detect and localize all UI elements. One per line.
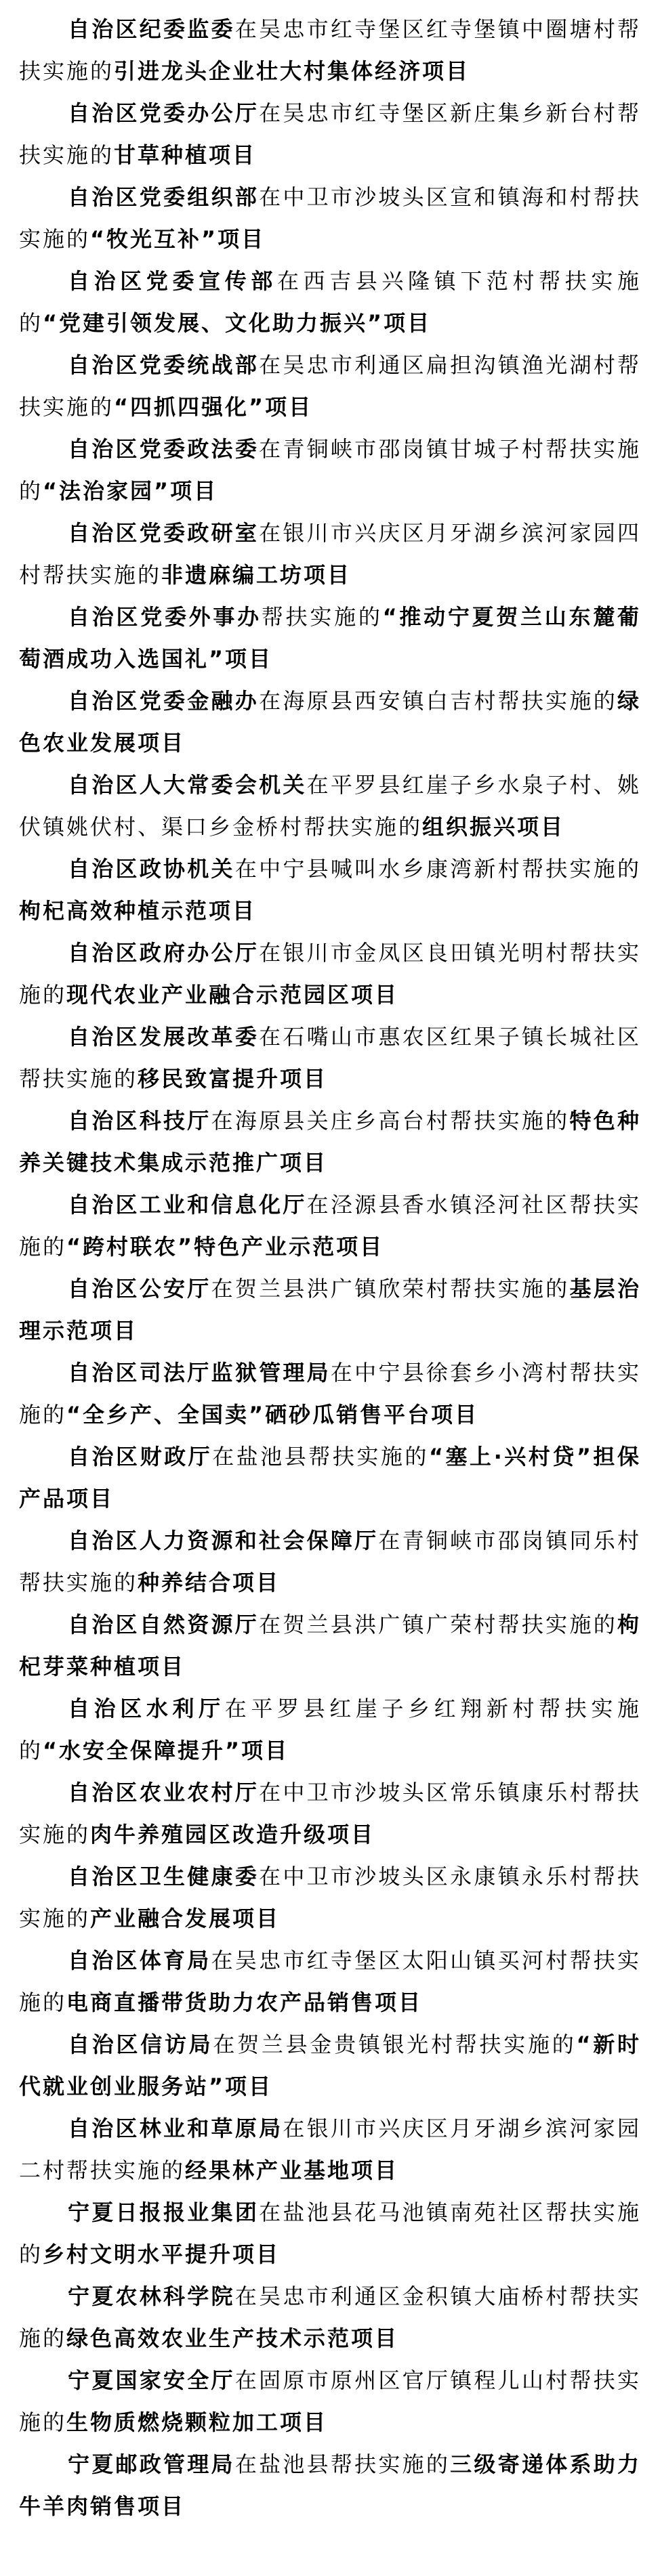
project-paragraph-4: 自治区党委宣传部在西吉县兴隆镇下范村帮扶实施的“党建引领发展、文化助力振兴”项目: [19, 260, 641, 344]
project-name: 经果林产业基地项目: [185, 2158, 398, 2183]
project-name: 产业融合发展项目: [90, 1906, 280, 1931]
project-paragraph-26: 自治区林业和草原局在银川市兴庆区月牙湖乡滨河家园二村帮扶实施的经果林产业基地项目: [19, 2107, 641, 2191]
department-name: 自治区自然资源厅: [68, 1612, 259, 1637]
location-text: 在海原县关庄乡高台村帮扶实施的: [211, 1108, 570, 1134]
department-name: 自治区党委组织部: [68, 184, 259, 210]
location-text: 在盐池县帮扶实施的: [212, 1444, 429, 1469]
department-name: 宁夏国家安全厅: [68, 2367, 235, 2393]
department-name: 自治区党委统战部: [68, 352, 259, 378]
project-name: 组织振兴项目: [422, 814, 564, 840]
project-name: “全乡产、全国卖”硒砂瓜销售平台项目: [66, 1402, 478, 1427]
project-name: “法治家园”项目: [43, 478, 218, 504]
project-paragraph-30: 宁夏邮政管理局在盐池县帮扶实施的三级寄递体系助力牛羊肉销售项目: [19, 2443, 641, 2527]
project-paragraph-10: 自治区人大常委会机关在平罗县红崖子乡水泉子村、姚伏镇姚伏村、渠口乡金桥村帮扶实施…: [19, 764, 641, 848]
project-paragraph-11: 自治区政协机关在中宁县喊叫水乡康湾新村帮扶实施的枸杞高效种植示范项目: [19, 848, 641, 932]
project-name: 现代农业产业融合示范园区项目: [66, 982, 398, 1008]
department-name: 自治区工业和信息化厅: [68, 1192, 307, 1218]
department-name: 自治区卫生健康委: [68, 1864, 259, 1889]
project-paragraph-9: 自治区党委金融办在海原县西安镇白吉村帮扶实施的绿色农业发展项目: [19, 680, 641, 764]
department-name: 自治区党委政研室: [68, 520, 259, 546]
location-text: 在贺兰县洪广镇广荣村帮扶实施的: [259, 1612, 617, 1637]
department-name: 宁夏日报报业集团: [68, 2199, 259, 2225]
project-paragraph-8: 自治区党委外事办帮扶实施的“推动宁夏贺兰山东麓葡萄酒成功入选国礼”项目: [19, 596, 641, 680]
location-text: 在海原县西安镇白吉村帮扶实施的: [259, 688, 617, 714]
project-name: “跨村联农”特色产业示范项目: [66, 1234, 384, 1260]
department-name: 自治区农业农村厅: [68, 1780, 259, 1805]
project-paragraph-29: 宁夏国家安全厅在固原市原州区官厅镇程儿山村帮扶实施的生物质燃烧颗粒加工项目: [19, 2359, 641, 2443]
project-name: “党建引领发展、文化助力振兴”项目: [43, 310, 431, 336]
project-paragraph-3: 自治区党委组织部在中卫市沙坡头区宣和镇海和村帮扶实施的“牧光互补”项目: [19, 176, 641, 260]
project-paragraph-5: 自治区党委统战部在吴忠市利通区扁担沟镇渔光湖村帮扶实施的“四抓四强化”项目: [19, 344, 641, 428]
project-name: 移民致富提升项目: [138, 1066, 327, 1092]
location-text: 在盐池县帮扶实施的: [235, 2451, 450, 2477]
department-name: 宁夏农林科学院: [68, 2283, 235, 2309]
project-paragraph-21: 自治区水利厅在平罗县红崖子乡红翔新村帮扶实施的“水安全保障提升”项目: [19, 1688, 641, 1772]
project-name: 乡村文明水平提升项目: [43, 2241, 280, 2267]
department-name: 自治区党委外事办: [68, 604, 262, 630]
department-name: 自治区体育局: [68, 1948, 211, 1973]
project-paragraph-18: 自治区财政厅在盐池县帮扶实施的“塞上·兴村贷”担保产品项目: [19, 1436, 641, 1520]
project-name: “四抓四强化”项目: [114, 394, 312, 420]
project-paragraph-20: 自治区自然资源厅在贺兰县洪广镇广荣村帮扶实施的枸杞芽菜种植项目: [19, 1604, 641, 1688]
department-name: 自治区公安厅: [68, 1276, 211, 1302]
project-paragraph-15: 自治区工业和信息化厅在泾源县香水镇泾河社区帮扶实施的“跨村联农”特色产业示范项目: [19, 1184, 641, 1268]
project-paragraph-16: 自治区公安厅在贺兰县洪广镇欣荣村帮扶实施的基层治理示范项目: [19, 1268, 641, 1352]
project-paragraph-17: 自治区司法厅监狱管理局在中宁县徐套乡小湾村帮扶实施的“全乡产、全国卖”硒砂瓜销售…: [19, 1352, 641, 1436]
project-paragraph-12: 自治区政府办公厅在银川市金凤区良田镇光明村帮扶实施的现代农业产业融合示范园区项目: [19, 932, 641, 1016]
department-name: 自治区财政厅: [68, 1444, 212, 1469]
project-paragraph-27: 宁夏日报报业集团在盐池县花马池镇南苑社区帮扶实施的乡村文明水平提升项目: [19, 2191, 641, 2275]
project-paragraph-22: 自治区农业农村厅在中卫市沙坡头区常乐镇康乐村帮扶实施的肉牛养殖园区改造升级项目: [19, 1772, 641, 1855]
department-name: 自治区人大常委会机关: [68, 772, 307, 798]
project-paragraph-24: 自治区体育局在吴忠市红寺堡区太阳山镇买河村帮扶实施的电商直播带货助力农产品销售项…: [19, 1939, 641, 2023]
department-name: 自治区发展改革委: [68, 1024, 259, 1050]
location-text: 帮扶实施的: [262, 604, 383, 630]
department-name: 自治区政府办公厅: [68, 940, 259, 966]
project-paragraph-28: 宁夏农林科学院在吴忠市利通区金积镇大庙桥村帮扶实施的绿色高效农业生产技术示范项目: [19, 2275, 641, 2359]
project-name: 引进龙头企业壮大村集体经济项目: [114, 58, 470, 84]
department-name: 自治区科技厅: [68, 1108, 211, 1134]
project-paragraph-1: 自治区纪委监委在吴忠市红寺堡区红寺堡镇中圈塘村帮扶实施的引进龙头企业壮大村集体经…: [19, 8, 641, 92]
location-text: 在中宁县喊叫水乡康湾新村帮扶实施的: [235, 856, 641, 882]
department-name: 自治区司法厅监狱管理局: [68, 1360, 331, 1386]
project-paragraph-14: 自治区科技厅在海原县关庄乡高台村帮扶实施的特色种养关键技术集成示范推广项目: [19, 1100, 641, 1184]
department-name: 自治区党委宣传部: [68, 268, 277, 294]
project-paragraph-19: 自治区人力资源和社会保障厅在青铜峡市邵岗镇同乐村帮扶实施的种养结合项目: [19, 1520, 641, 1604]
department-name: 自治区党委办公厅: [68, 100, 259, 126]
project-paragraph-25: 自治区信访局在贺兰县金贵镇银光村帮扶实施的“新时代就业创业服务站”项目: [19, 2023, 641, 2107]
department-name: 自治区纪委监委: [68, 16, 235, 42]
project-paragraph-13: 自治区发展改革委在石嘴山市惠农区红果子镇长城社区帮扶实施的移民致富提升项目: [19, 1016, 641, 1100]
project-paragraph-2: 自治区党委办公厅在吴忠市红寺堡区新庄集乡新台村帮扶实施的甘草种植项目: [19, 92, 641, 176]
department-name: 自治区党委政法委: [68, 436, 259, 462]
project-name: 甘草种植项目: [114, 142, 256, 168]
project-paragraph-23: 自治区卫生健康委在中卫市沙坡头区永康镇永乐村帮扶实施的产业融合发展项目: [19, 1855, 641, 1939]
project-name: “牧光互补”项目: [90, 226, 265, 252]
project-name: 枸杞高效种植示范项目: [19, 898, 256, 924]
document-page: 自治区纪委监委在吴忠市红寺堡区红寺堡镇中圈塘村帮扶实施的引进龙头企业壮大村集体经…: [0, 0, 660, 2576]
department-name: 自治区信访局: [68, 2032, 213, 2057]
department-name: 宁夏邮政管理局: [68, 2451, 235, 2477]
department-name: 自治区水利厅: [68, 1696, 225, 1721]
project-name: 生物质燃烧颗粒加工项目: [66, 2409, 327, 2435]
department-name: 自治区政协机关: [68, 856, 235, 882]
location-text: 在贺兰县金贵镇银光村帮扶实施的: [213, 2032, 576, 2057]
project-name: 非遗麻编工坊项目: [161, 562, 351, 588]
department-name: 自治区林业和草原局: [68, 2116, 283, 2141]
project-name: 肉牛养殖园区改造升级项目: [90, 1822, 375, 1847]
project-name: “水安全保障提升”项目: [43, 1738, 289, 1763]
department-name: 自治区党委金融办: [68, 688, 259, 714]
project-name: 绿色高效农业生产技术示范项目: [66, 2325, 398, 2351]
location-text: 在贺兰县洪广镇欣荣村帮扶实施的: [211, 1276, 570, 1302]
department-name: 自治区人力资源和社会保障厅: [68, 1528, 378, 1553]
project-name: 电商直播带货助力农产品销售项目: [66, 1990, 422, 2015]
project-name: 种养结合项目: [138, 1570, 280, 1595]
project-paragraph-6: 自治区党委政法委在青铜峡市邵岗镇甘城子村帮扶实施的“法治家园”项目: [19, 428, 641, 512]
project-paragraph-7: 自治区党委政研室在银川市兴庆区月牙湖乡滨河家园四村帮扶实施的非遗麻编工坊项目: [19, 512, 641, 596]
